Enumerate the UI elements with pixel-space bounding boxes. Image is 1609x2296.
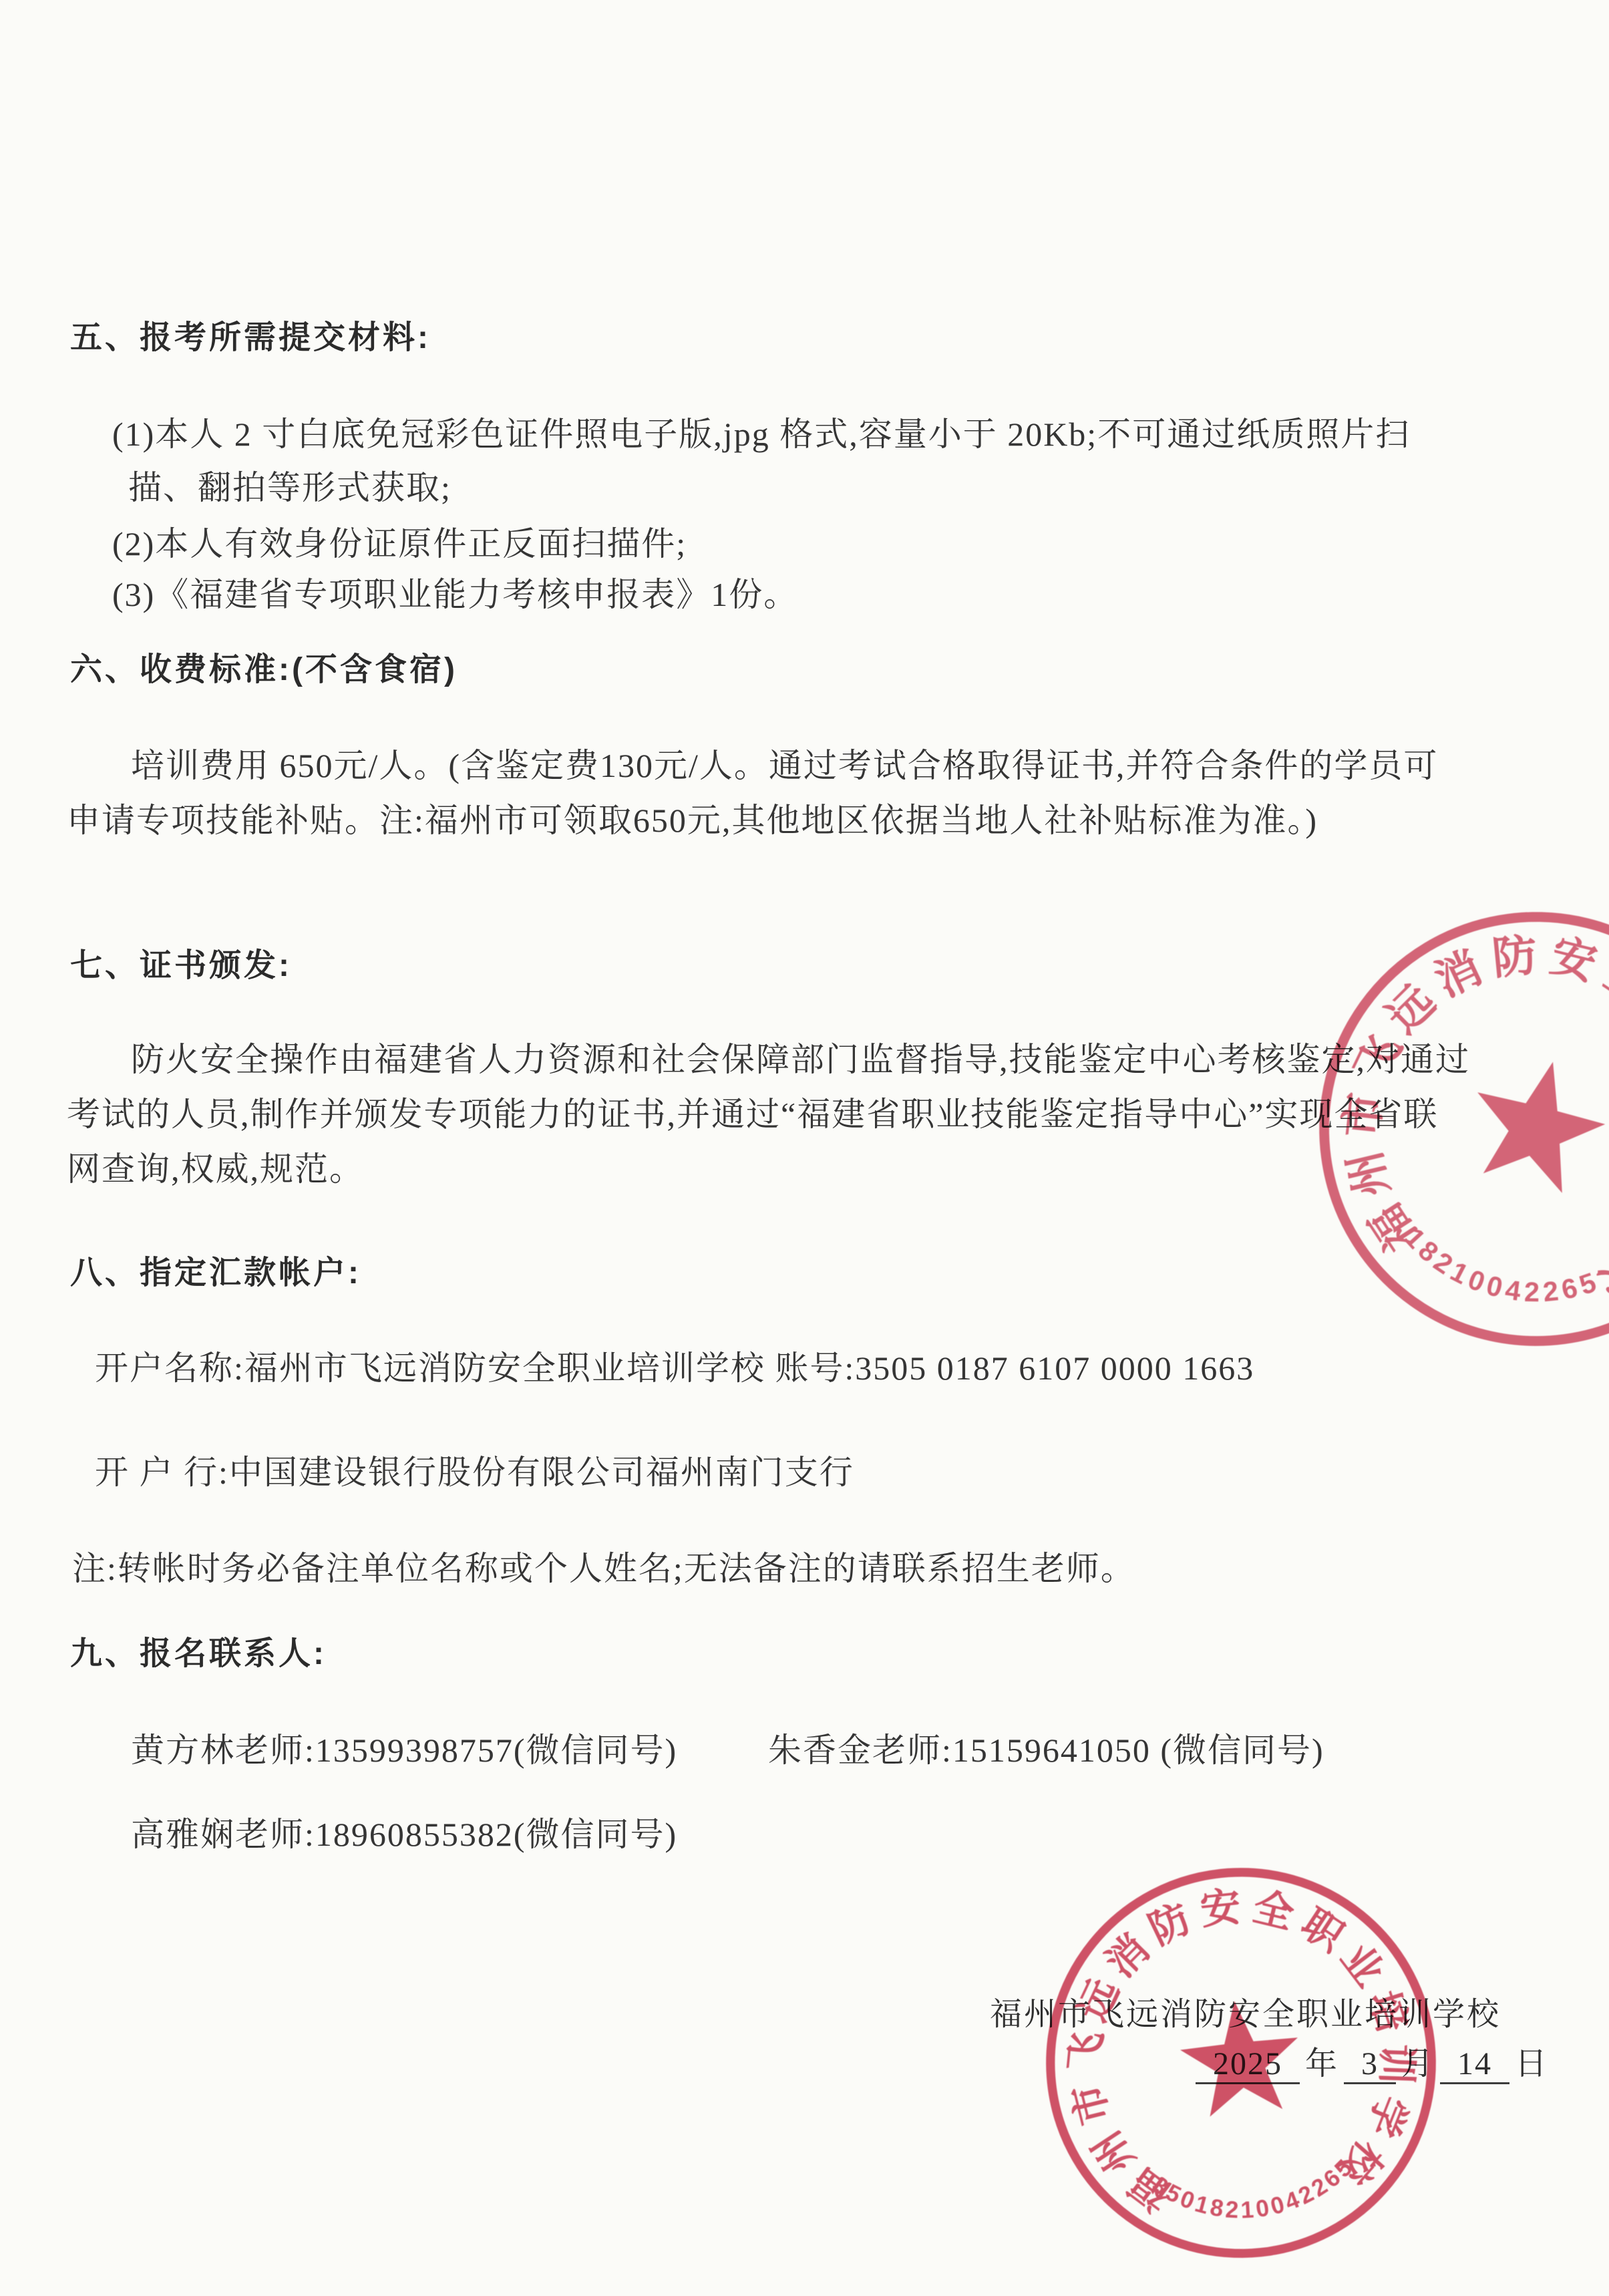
section-5-item1-line1: (1)本人 2 寸白底免冠彩色证件照电子版,jpg 格式,容量小于 20Kb;不… — [112, 416, 1410, 454]
contact-zhu: 朱香金老师:15159641050 (微信同号) — [768, 1732, 1324, 1770]
star-icon — [1176, 1995, 1305, 2119]
contact-huang: 黄方林老师:13599398757(微信同号) — [131, 1732, 677, 1770]
section-6-line2: 申请专项技能补贴。注:福州市可领取650元,其他地区依据当地人社补贴标准为准。) — [67, 802, 1318, 840]
star-icon — [1459, 1046, 1609, 1199]
seal-graphic: 福州市飞远消防安全职业培训学校 35018210042265 — [1013, 1835, 1468, 2290]
section-7-line1: 防火安全操作由福建省人力资源和社会保障部门监督指导,技能鉴定中心考核鉴定,对通过 — [131, 1041, 1470, 1080]
section-8-note-line: 注:转帐时务必备注单位名称或个人姓名;无法备注的请联系招生老师。 — [72, 1550, 1135, 1589]
contact-gao: 高雅娴老师:18960855382(微信同号) — [131, 1816, 677, 1854]
section-7-heading: 七、证书颁发: — [70, 947, 292, 984]
section-6-heading: 六、收费标准:(不含食宿) — [70, 651, 458, 688]
section-8-heading: 八、指定汇款帐户: — [70, 1255, 361, 1291]
section-6-line1: 培训费用 650元/人。(含鉴定费130元/人。通过考试合格取得证书,并符合条件… — [131, 747, 1438, 786]
section-7-line3: 网查询,权威,规范。 — [67, 1150, 364, 1189]
section-8-bank-line: 开 户 行:中国建设银行股份有限公司福州南门支行 — [95, 1454, 854, 1492]
red-seal-top-right: 福州市飞远消防安全职业培训学校 18210042265 — [1257, 850, 1609, 1408]
seal-graphic: 福州市飞远消防安全职业培训学校 18210042265 — [1257, 850, 1609, 1408]
red-seal-bottom: 福州市飞远消防安全职业培训学校 35018210042265 — [1013, 1835, 1468, 2290]
scanned-document-page: 五、报考所需提交材料: (1)本人 2 寸白底免冠彩色证件照电子版,jpg 格式… — [0, 0, 1609, 2296]
section-5-heading: 五、报考所需提交材料: — [70, 319, 431, 356]
svg-text:35018210042265: 35018210042265 — [1145, 2150, 1364, 2234]
date-day-unit: 日 — [1509, 2045, 1554, 2082]
section-8-account-line: 开户名称:福州市飞远消防安全职业培训学校 账号:3505 0187 6107 0… — [95, 1349, 1254, 1388]
section-5-item3: (3)《福建省专项职业能力考核申报表》1份。 — [112, 576, 798, 615]
section-9-heading: 九、报名联系人: — [70, 1635, 327, 1672]
seal-number-text: 35018210042265 — [1145, 2150, 1364, 2234]
section-7-line2: 考试的人员,制作并颁发专项能力的证书,并通过“福建省职业技能鉴定指导中心”实现全… — [67, 1096, 1438, 1134]
section-5-item1-line2: 描、翻拍等形式获取; — [128, 469, 452, 508]
section-5-item2: (2)本人有效身份证原件正反面扫描件; — [112, 525, 687, 564]
